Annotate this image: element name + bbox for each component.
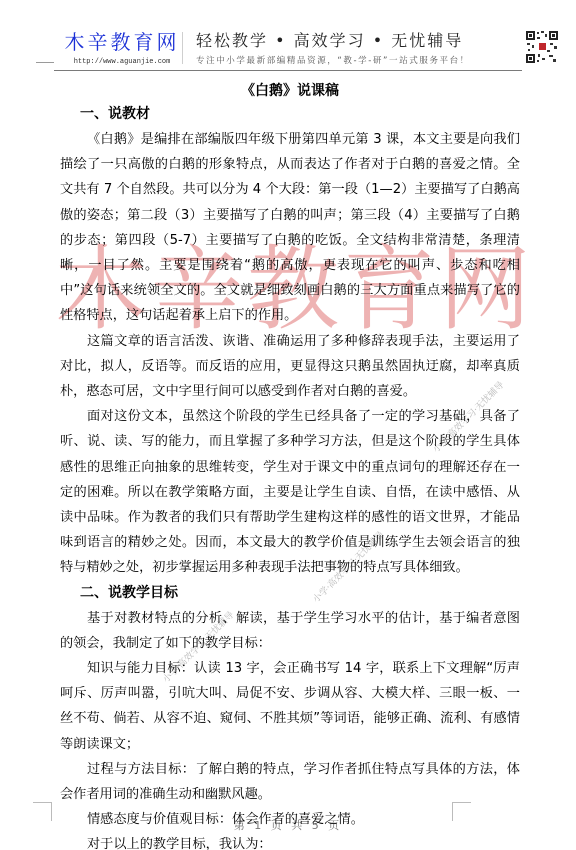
brand-name: 木辛教育网 <box>62 30 182 54</box>
qr-code-icon <box>525 30 559 64</box>
header-slogan: 轻松教学 • 高效学习 • 无忧辅导 <box>196 30 463 52</box>
paragraph: 面对这份文本，虽然这个阶段的学生已经具备了一定的学习基础，具备了听、说、读、写的… <box>60 404 520 580</box>
paragraph: 过程与方法目标：了解白鹅的特点，学习作者抓住特点写具体的方法，体会作者用词的准确… <box>60 757 520 807</box>
brand-logo: 木辛教育网 http://www.aguanjie.com <box>62 30 182 67</box>
header-left-rule <box>36 62 54 63</box>
section-heading[interactable]: 二、说教学目标 <box>60 581 520 606</box>
header-subslogan: 专注中小学最新部编精品资源，“教-学-研”一站式服务平台！ <box>196 54 470 66</box>
document-title: 《白鹅》说课稿 <box>60 80 520 102</box>
brand-url: http://www.aguanjie.com <box>62 57 182 67</box>
document-body: 《白鹅》说课稿 一、说教材 《白鹅》是编排在部编版四年级下册第四单元第 3 课，… <box>60 72 520 850</box>
paragraph: 知识与能力目标：认读 13 字，会正确书写 14 字，联系上下文理解“厉声呵斥、… <box>60 656 520 757</box>
paragraph: 情感态度与价值观目标：体会作者的喜爱之情。 <box>60 807 520 832</box>
section-heading: 一、说教材 <box>60 102 520 127</box>
paragraph: 《白鹅》是编排在部编版四年级下册第四单元第 3 课，本文主要是向我们描绘了一只高… <box>60 127 520 329</box>
header-divider <box>182 32 183 64</box>
paragraph: 对于以上的教学目标，我认为： <box>60 832 520 850</box>
header-rule <box>54 70 522 71</box>
paragraph: 基于对教材特点的分析、解读，基于学生学习水平的估计，基于编者意图的领会，我制定了… <box>60 606 520 656</box>
paragraph: 这篇文章的语言活泼、诙谐、准确运用了多种修辞表现手法，主要运用了对比，拟人，反语… <box>60 329 520 405</box>
